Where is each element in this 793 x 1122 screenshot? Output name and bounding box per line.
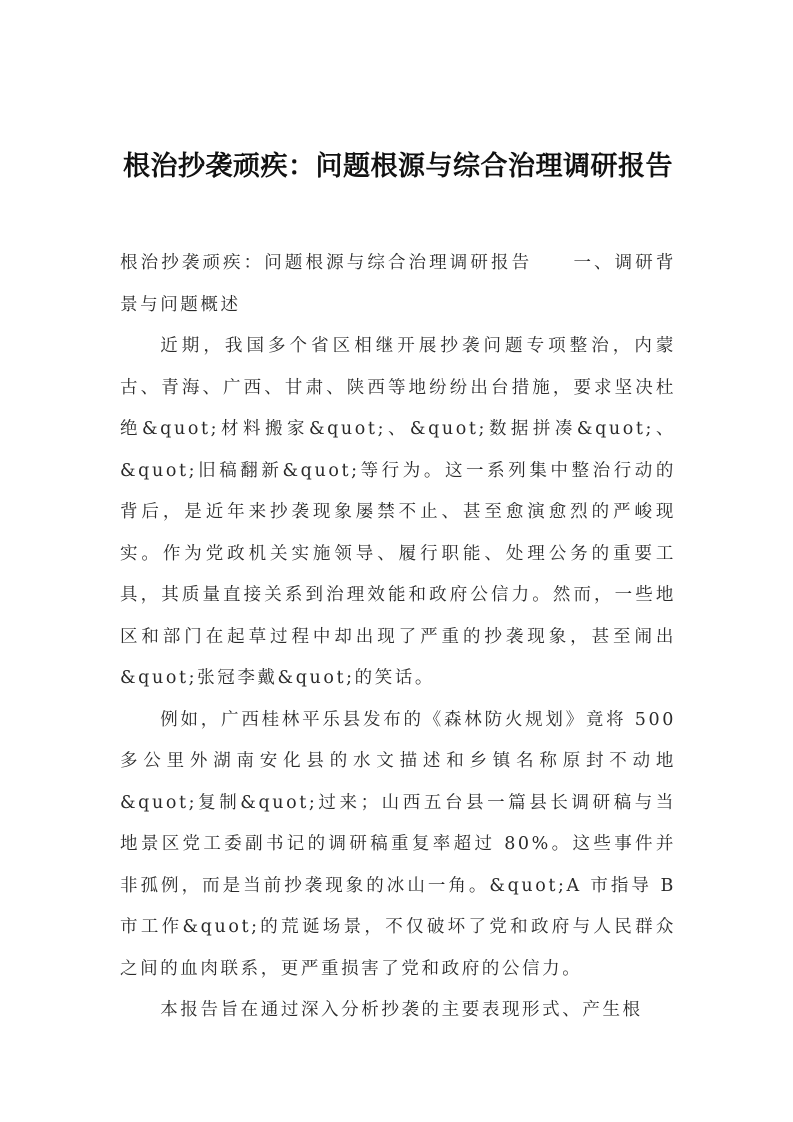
example-paragraph: 例如，广西桂林平乐县发布的《森林防火规划》竟将 500 多公里外湖南安化县的水文…	[120, 700, 676, 991]
background-paragraph: 近期，我国多个省区相继开展抄袭问题专项整治，内蒙古、青海、广西、甘肃、陕西等地纷…	[120, 326, 676, 700]
purpose-paragraph: 本报告旨在通过深入分析抄袭的主要表现形式、产生根	[120, 990, 676, 1032]
document-body: 根治抄袭顽疾：问题根源与综合治理调研报告 一、调研背景与问题概述 近期，我国多个…	[120, 243, 676, 1032]
intro-heading-paragraph: 根治抄袭顽疾：问题根源与综合治理调研报告 一、调研背景与问题概述	[120, 243, 676, 326]
document-title: 根治抄袭顽疾：问题根源与综合治理调研报告	[120, 140, 676, 194]
